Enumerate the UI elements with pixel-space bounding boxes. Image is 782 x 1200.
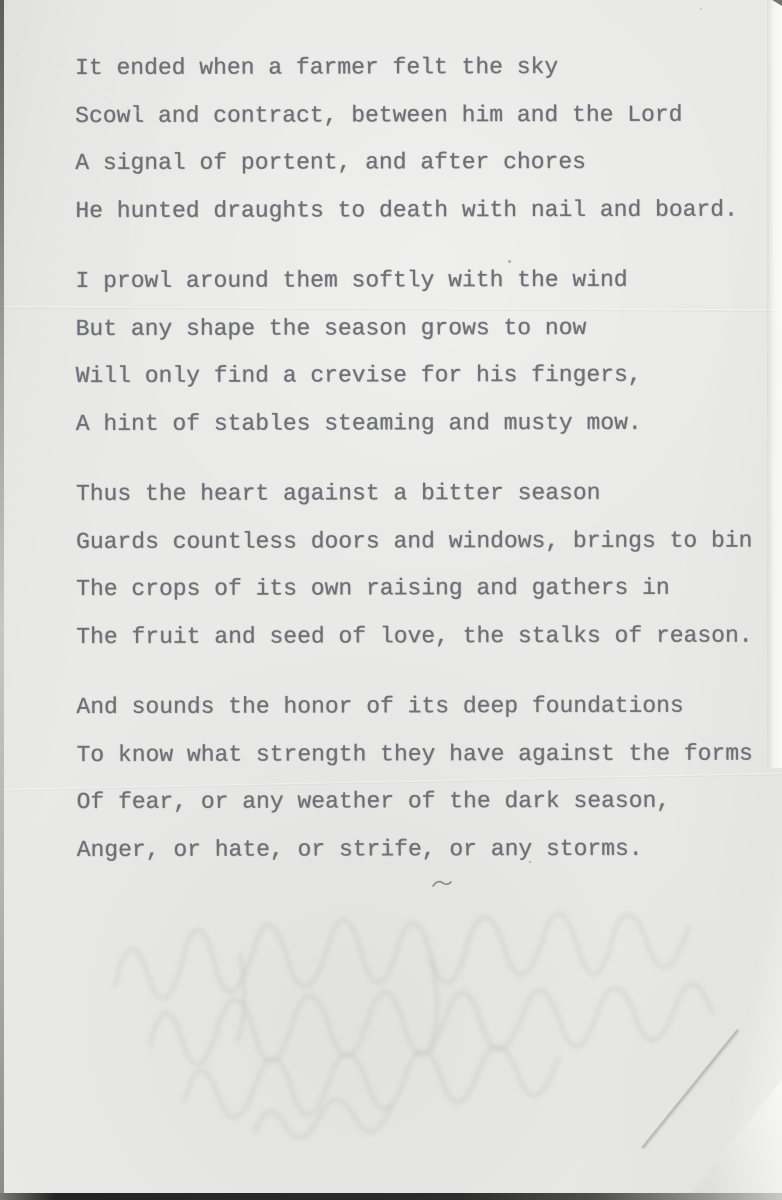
poem-line: The fruit and seed of love, the stalks o…: [76, 612, 752, 661]
scanned-page: It ended when a farmer felt the skyScowl…: [0, 0, 782, 1200]
poem-line: The crops of its own raising and gathers…: [76, 565, 752, 614]
poem-line: To know what strength they have against …: [76, 730, 752, 779]
poem-line: Will only find a crevise for his fingers…: [76, 352, 752, 401]
stanza: It ended when a farmer felt the skyScowl…: [75, 44, 752, 235]
poem-line: He hunted draughts to death with nail an…: [75, 186, 751, 235]
stanza: I prowl around them softly with the wind…: [75, 257, 752, 448]
poem-line: Thus the heart against a bitter season: [76, 470, 752, 519]
poem-line: Anger, or hate, or strife, or any storms…: [77, 825, 753, 874]
poem-line: It ended when a farmer felt the sky: [75, 44, 751, 93]
stanza: And sounds the honor of its deep foundat…: [76, 683, 753, 874]
paper-speck: [700, 8, 702, 10]
pencil-mark: [432, 878, 452, 890]
paper-speck: [529, 861, 531, 863]
poem-line: Scowl and contract, between him and the …: [75, 91, 751, 140]
stanza: Thus the heart against a bitter seasonGu…: [76, 470, 753, 661]
poem-line: And sounds the honor of its deep foundat…: [76, 683, 752, 732]
poem-text: It ended when a farmer felt the skyScowl…: [75, 44, 753, 897]
poem-line: A signal of portent, and after chores: [75, 139, 751, 188]
scan-edge-left: [0, 0, 4, 1200]
poem-line: A hint of stables steaming and musty mow…: [76, 399, 752, 448]
poem-line: But any shape the season grows to now: [76, 304, 752, 353]
paper-edge-right-highlight: [766, 0, 782, 768]
poem-line: Of fear, or any weather of the dark seas…: [77, 778, 753, 827]
paper-speck: [508, 260, 511, 263]
poem-line: Guards countless doors and windows, brin…: [76, 517, 752, 566]
scan-edge-bottom: [0, 1193, 782, 1200]
poem-line: I prowl around them softly with the wind: [75, 257, 751, 306]
